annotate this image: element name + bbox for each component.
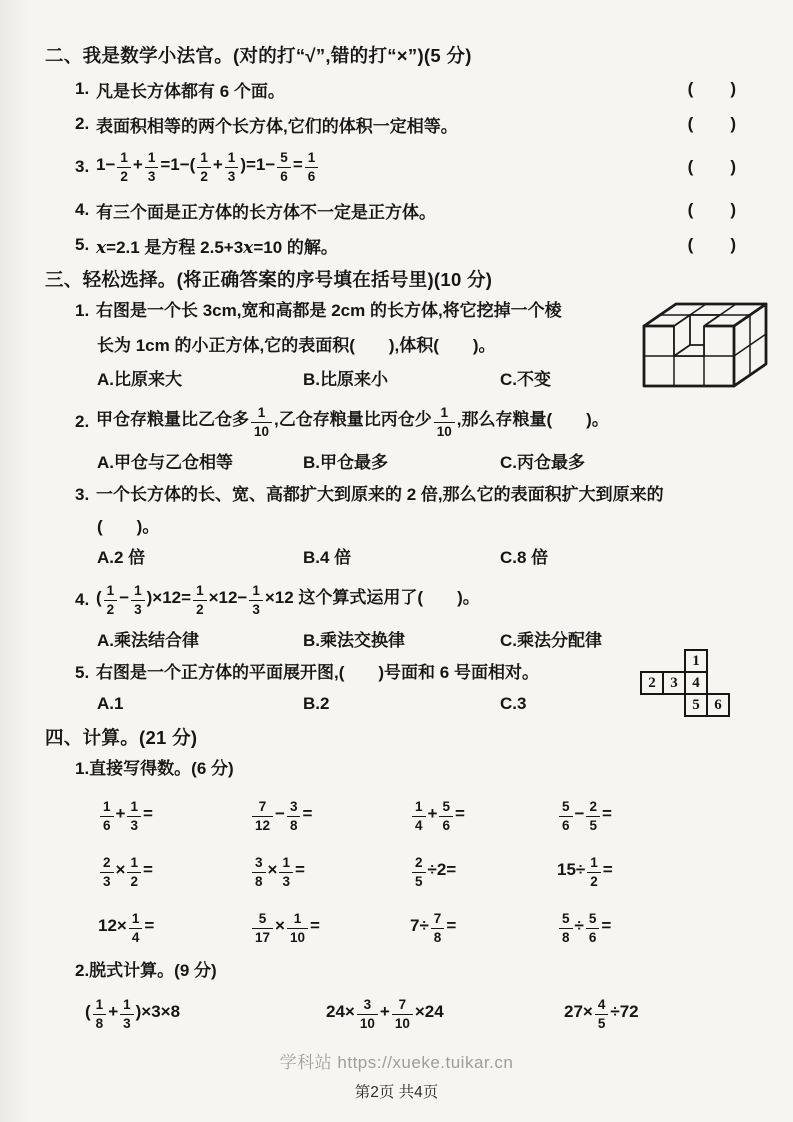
fraction: 56 xyxy=(559,800,573,832)
answer-bracket: ( ) xyxy=(688,200,737,220)
item-number: 2. xyxy=(75,410,96,434)
calc-direct-row-3: 12×14= 517×110= 7÷78= 58÷56= xyxy=(98,905,793,951)
math-expression: 16+13= xyxy=(98,800,250,832)
net-cell: 5 xyxy=(684,693,708,717)
item-text: 有三个面是正方体的长方体不一定是正方体。 xyxy=(96,198,436,223)
judge-item-3: 3. 1−12+13=1−(12+13)=1−56=16 ( ) xyxy=(75,146,737,188)
exam-page: 二、我是数学小法官。(对的打“√”,错的打“×”)(5 分) 1. 凡是长方体都… xyxy=(0,0,793,1122)
watermark-site: 学科站 https://xueke.tuikar.cn xyxy=(0,1048,793,1073)
fraction: 23 xyxy=(100,856,114,888)
page-indicator: 第2页 共4页 xyxy=(0,1080,793,1102)
math-expression: 58÷56= xyxy=(557,912,793,944)
option-b: B.甲仓最多 xyxy=(303,451,500,475)
math-expression: 38×13= xyxy=(250,856,410,888)
fraction: 110 xyxy=(287,912,308,944)
fraction: 38 xyxy=(252,856,266,888)
cube-net-figure: 1 2 3 4 5 6 xyxy=(640,649,732,719)
fraction: 13 xyxy=(127,800,141,832)
math-expression: 517×110= xyxy=(250,912,410,944)
item-expression: 1−12+13=1−(12+13)=1−56=16 xyxy=(96,151,320,183)
fraction: 58 xyxy=(559,912,573,944)
fraction: 14 xyxy=(412,800,426,832)
item-number: 1. xyxy=(75,299,96,323)
answer-bracket: ( ) xyxy=(688,157,737,177)
calc-direct-row-1: 16+13= 712−38= 14+56= 56−25= xyxy=(98,793,793,839)
fraction: 517 xyxy=(252,912,273,944)
math-expression: (18+13)×3×8 xyxy=(85,998,326,1030)
calc-steps-label: 2.脱式计算。(9 分) xyxy=(75,959,793,983)
math-expression: 56−25= xyxy=(557,800,793,832)
math-expression: 12×14= xyxy=(98,912,250,944)
option-b: B.乘法交换律 xyxy=(303,629,500,653)
fraction: 16 xyxy=(305,151,319,183)
item-number: 1. xyxy=(75,79,96,99)
judge-item-5: 5. x=2.1 是方程 2.5+3x=10 的解。 ( ) xyxy=(75,232,737,258)
fraction: 16 xyxy=(100,800,114,832)
item-number: 2. xyxy=(75,114,96,134)
math-expression: 7÷78= xyxy=(410,912,557,944)
item-number: 5. xyxy=(75,235,96,255)
option-a: A.乘法结合律 xyxy=(97,629,303,653)
choice-q2-options: A.甲仓与乙仓相等 B.甲仓最多 C.丙仓最多 xyxy=(97,451,793,475)
calc-direct-label: 1.直接写得数。(6 分) xyxy=(75,757,793,781)
fraction: 13 xyxy=(249,584,263,616)
net-cell: 1 xyxy=(684,649,708,673)
question-text: 长为 1cm 的小正方体,它的表面积( ),体积( )。 xyxy=(97,331,496,361)
math-expression: 25÷2= xyxy=(410,856,557,888)
item-number: 3. xyxy=(75,157,96,177)
fraction: 12 xyxy=(104,584,118,616)
fraction: 710 xyxy=(392,998,413,1030)
fraction: 310 xyxy=(357,998,378,1030)
fraction: 25 xyxy=(586,800,600,832)
fraction: 56 xyxy=(586,912,600,944)
math-expression: 23×12= xyxy=(98,856,250,888)
fraction: 13 xyxy=(279,856,293,888)
item-number: 4. xyxy=(75,588,96,612)
choice-q3-line2: ( )。 xyxy=(97,515,793,539)
fraction: 12 xyxy=(587,856,601,888)
fraction: 13 xyxy=(145,151,159,183)
option-a: A.2 倍 xyxy=(97,546,303,570)
net-cell: 2 xyxy=(640,671,664,695)
item-number: 5. xyxy=(75,661,96,685)
fraction: 38 xyxy=(287,800,301,832)
option-c: C.8 倍 xyxy=(500,546,793,570)
fraction: 13 xyxy=(120,998,134,1030)
net-cell: 6 xyxy=(706,693,730,717)
item-text: 凡是长方体都有 6 个面。 xyxy=(96,77,285,102)
cuboid-figure xyxy=(636,286,789,392)
fraction: 110 xyxy=(251,406,272,438)
subsection-label: 2.脱式计算。(9 分) xyxy=(75,959,217,983)
fraction: 110 xyxy=(434,406,455,438)
net-cell: 3 xyxy=(662,671,686,695)
option-b: B.4 倍 xyxy=(303,546,500,570)
question-text: 一个长方体的长、宽、高都扩大到原来的 2 倍,那么它的表面积扩大到原来的 xyxy=(96,483,664,507)
question-text: 右图是一个长 3cm,宽和高都是 2cm 的长方体,将它挖掉一个棱 xyxy=(96,299,562,323)
judge-item-1: 1. 凡是长方体都有 6 个面。 ( ) xyxy=(75,76,737,102)
fraction: 12 xyxy=(193,584,207,616)
calc-steps-row: (18+13)×3×8 24×310+710×24 27×45÷72 xyxy=(85,989,793,1039)
fraction: 56 xyxy=(277,151,291,183)
item-expression: x=2.1 是方程 2.5+3x=10 的解。 xyxy=(96,233,338,258)
option-b: B.2 xyxy=(303,692,500,716)
fraction: 13 xyxy=(225,151,239,183)
question-text: 右图是一个正方体的平面展开图,( )号面和 6 号面相对。 xyxy=(96,661,539,685)
fraction: 12 xyxy=(197,151,211,183)
fraction: 25 xyxy=(412,856,426,888)
fraction: 712 xyxy=(252,800,273,832)
subsection-label: 1.直接写得数。(6 分) xyxy=(75,757,234,781)
math-expression: 14+56= xyxy=(410,800,557,832)
judge-item-4: 4. 有三个面是正方体的长方体不一定是正方体。 ( ) xyxy=(75,197,737,223)
choice-q3-options: A.2 倍 B.4 倍 C.8 倍 xyxy=(97,546,793,570)
fraction: 12 xyxy=(127,856,141,888)
choice-q4-line: 4. (12−13)×12=12×12−13×12 这个算式运用了( )。 xyxy=(75,578,793,622)
item-number: 3. xyxy=(75,483,96,507)
item-text: 表面积相等的两个长方体,它们的体积一定相等。 xyxy=(96,112,458,137)
option-a: A.甲仓与乙仓相等 xyxy=(97,451,303,475)
item-number: 4. xyxy=(75,200,96,220)
answer-bracket: ( ) xyxy=(688,235,737,255)
fraction: 14 xyxy=(129,912,143,944)
answer-bracket: ( ) xyxy=(688,114,737,134)
fraction: 18 xyxy=(93,998,107,1030)
fraction: 45 xyxy=(595,998,609,1030)
option-a: A.1 xyxy=(97,692,303,716)
choice-q2-line: 2. 甲仓存粮量比乙仓多110,乙仓存粮量比丙仓少110,那么存粮量( )。 xyxy=(75,400,793,444)
option-a: A.比原来大 xyxy=(97,368,303,392)
math-expression: 24×310+710×24 xyxy=(326,998,564,1030)
fraction: 12 xyxy=(117,151,131,183)
fraction: 78 xyxy=(431,912,445,944)
fraction: 13 xyxy=(131,584,145,616)
math-expression: 712−38= xyxy=(250,800,410,832)
math-expression: 15÷12= xyxy=(557,856,793,888)
option-c: C.丙仓最多 xyxy=(500,451,793,475)
question-expression: 甲仓存粮量比乙仓多110,乙仓存粮量比丙仓少110,那么存粮量( )。 xyxy=(96,406,609,438)
judge-item-2: 2. 表面积相等的两个长方体,它们的体积一定相等。 ( ) xyxy=(75,111,737,137)
section-calc-title: 四、计算。(21 分) xyxy=(45,726,793,749)
question-expression: (12−13)×12=12×12−13×12 这个算式运用了( )。 xyxy=(96,584,480,616)
fraction: 56 xyxy=(439,800,453,832)
net-cell: 4 xyxy=(684,671,708,695)
answer-bracket: ( ) xyxy=(688,79,737,99)
math-expression: 27×45÷72 xyxy=(564,998,793,1030)
choice-q3-line1: 3. 一个长方体的长、宽、高都扩大到原来的 2 倍,那么它的表面积扩大到原来的 xyxy=(75,483,793,507)
calc-direct-row-2: 23×12= 38×13= 25÷2= 15÷12= xyxy=(98,849,793,895)
option-b: B.比原来小 xyxy=(303,368,500,392)
question-text: ( )。 xyxy=(97,515,159,539)
section-judge-title: 二、我是数学小法官。(对的打“√”,错的打“×”)(5 分) xyxy=(45,44,793,67)
